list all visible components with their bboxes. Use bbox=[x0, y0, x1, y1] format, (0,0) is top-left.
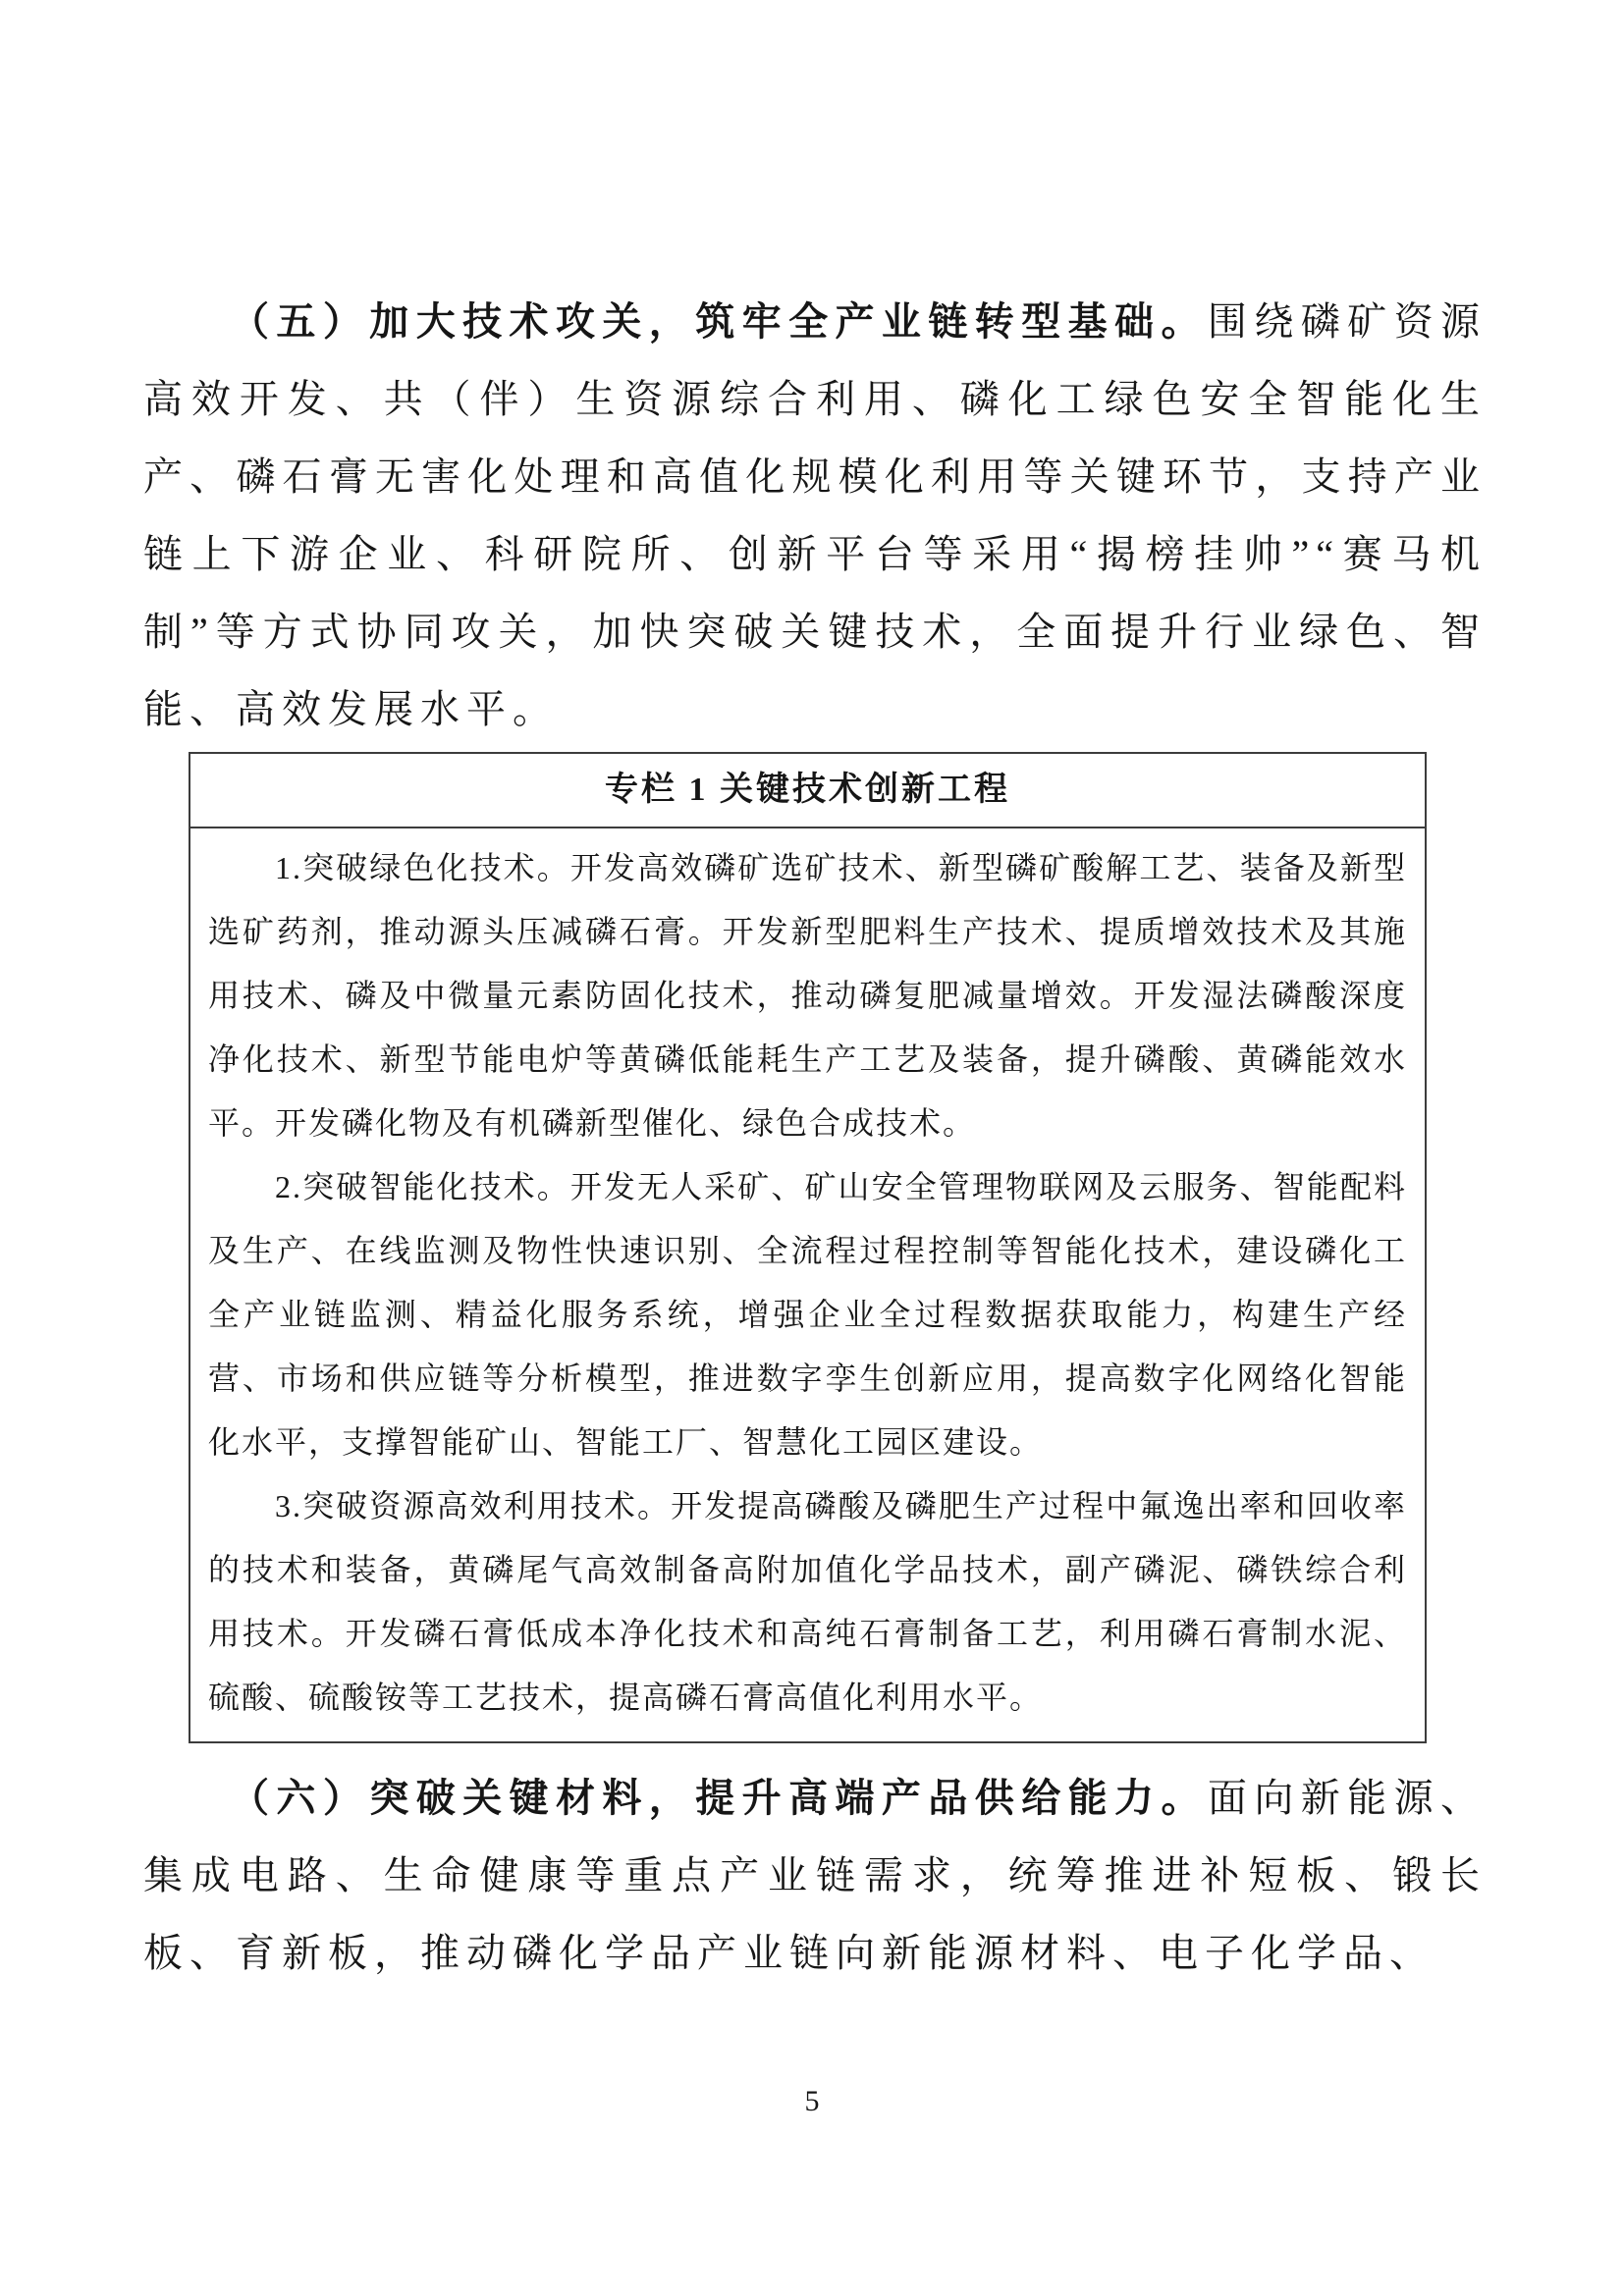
section-6-lead-sentence: （六）突破关键材料，提升高端产品供给能力。 bbox=[230, 1776, 1208, 1820]
page-number: 5 bbox=[0, 2085, 1624, 2118]
section-5-lead-sentence: （五）加大技术攻关，筑牢全产业链转型基础。 bbox=[230, 299, 1208, 344]
box-item-1: 1.突破绿色化技术。开发高效磷矿选矿技术、新型磷矿酸解工艺、装备及新型选矿药剂，… bbox=[208, 836, 1407, 1155]
document-page: （五）加大技术攻关，筑牢全产业链转型基础。围绕磷矿资源高效开发、共（伴）生资源综… bbox=[0, 0, 1624, 2296]
box-body: 1.突破绿色化技术。开发高效磷矿选矿技术、新型磷矿酸解工艺、装备及新型选矿药剂，… bbox=[190, 828, 1425, 1741]
special-column-box: 专栏 1 关键技术创新工程 1.突破绿色化技术。开发高效磷矿选矿技术、新型磷矿酸… bbox=[189, 752, 1427, 1743]
paragraph-section-5: （五）加大技术攻关，筑牢全产业链转型基础。围绕磷矿资源高效开发、共（伴）生资源综… bbox=[143, 283, 1487, 748]
box-item-2: 2.突破智能化技术。开发无人采矿、矿山安全管理物联网及云服务、智能配料及生产、在… bbox=[208, 1155, 1407, 1474]
box-item-3: 3.突破资源高效利用技术。开发提高磷酸及磷肥生产过程中氟逸出率和回收率的技术和装… bbox=[208, 1474, 1407, 1730]
section-5-body-text: 围绕磷矿资源高效开发、共（伴）生资源综合利用、磷化工绿色安全智能化生产、磷石膏无… bbox=[143, 299, 1487, 731]
box-title: 专栏 1 关键技术创新工程 bbox=[190, 754, 1425, 828]
paragraph-section-6: （六）突破关键材料，提升高端产品供给能力。面向新能源、集成电路、生命健康等重点产… bbox=[143, 1759, 1487, 1992]
